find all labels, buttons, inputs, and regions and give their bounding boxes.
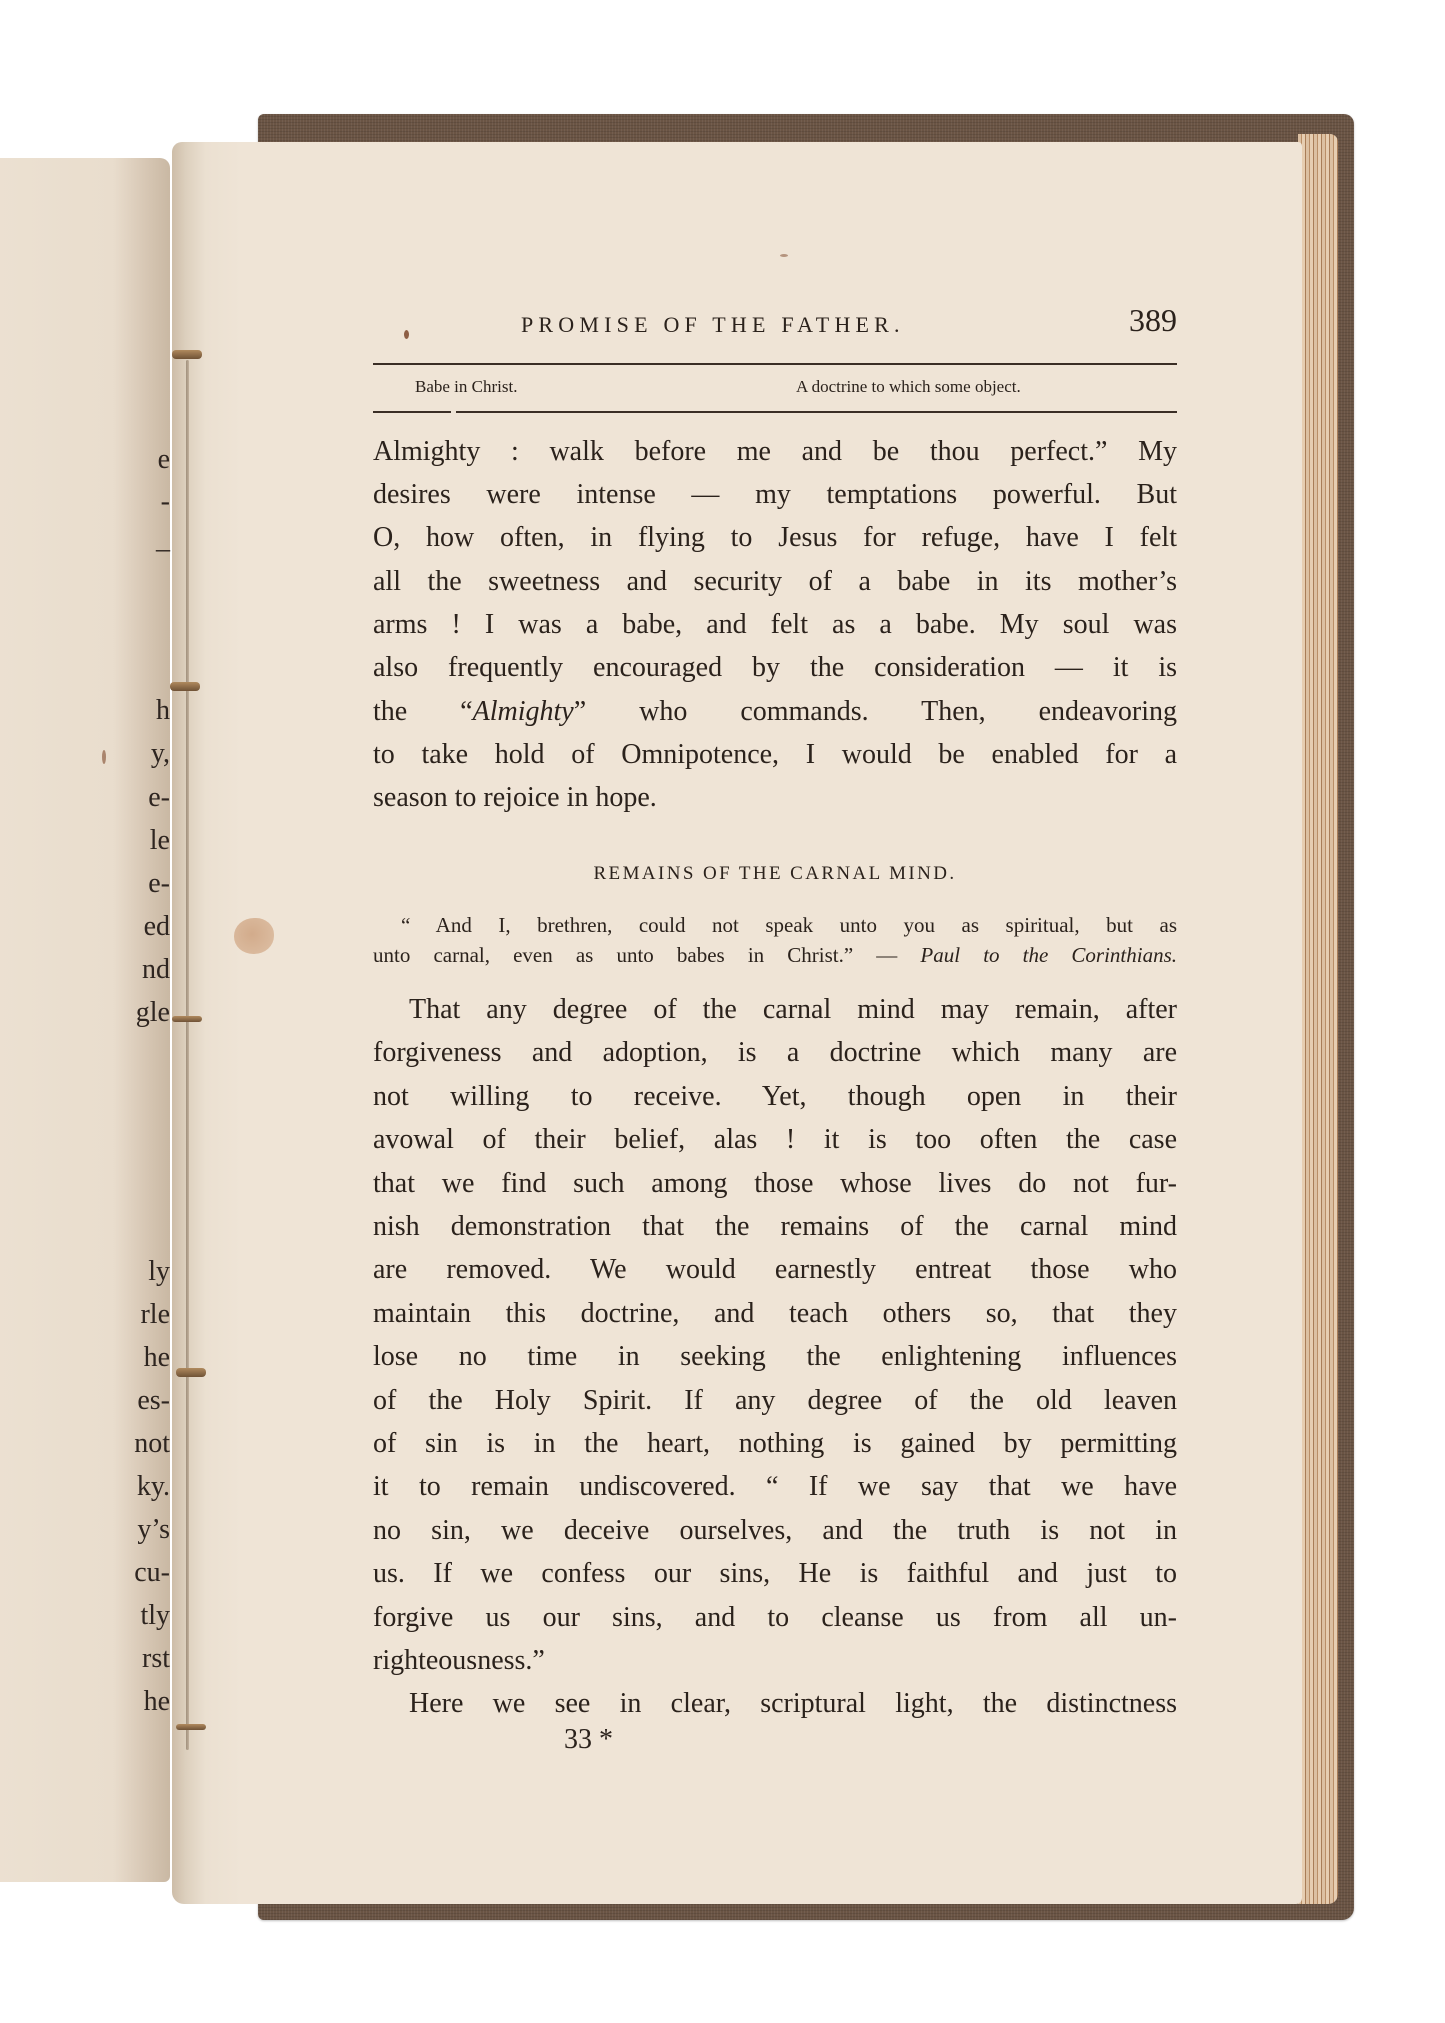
header-rule-top — [373, 363, 1177, 365]
fragment: ky. — [137, 1473, 170, 1501]
ink-speck — [102, 750, 106, 764]
fragment: rle — [140, 1301, 170, 1329]
text-line: it to remain undiscovered. “ If we say t… — [373, 1471, 1177, 1503]
foxing-stain — [234, 918, 274, 954]
fragment: _ — [156, 526, 170, 554]
text-line: arms ! I was a babe, and felt as a babe.… — [373, 609, 1177, 641]
epigraph-line: unto carnal, even as unto babes in Chris… — [373, 943, 1177, 967]
page-edges — [1298, 134, 1338, 1904]
section-heading: REMAINS OF THE CARNAL MIND. — [373, 863, 1177, 885]
text-line: That any degree of the carnal mind may r… — [409, 994, 1177, 1026]
binding-stitch — [172, 1016, 202, 1022]
epigraph-line: “ And I, brethren, could not speak unto … — [401, 913, 1177, 937]
text-line: of the Holy Spirit. If any degree of the… — [373, 1385, 1177, 1417]
text-line: Almighty : walk before me and be thou pe… — [373, 436, 1177, 468]
text-line: are removed. We would earnestly entreat … — [373, 1254, 1177, 1286]
text-line: no sin, we deceive ourselves, and the tr… — [373, 1515, 1177, 1547]
fragment: ly — [148, 1258, 170, 1286]
text-line: forgive us our sins, and to cleanse us f… — [373, 1602, 1177, 1634]
fragment: ed — [144, 913, 170, 941]
fragment: le — [150, 827, 170, 855]
text-line: Here we see in clear, scriptural light, … — [409, 1688, 1177, 1720]
text-line: the “Almighty” who commands. Then, endea… — [373, 696, 1177, 728]
text-line: nish demonstration that the remains of t… — [373, 1211, 1177, 1243]
fragment: nd — [142, 956, 170, 984]
text-line: forgiveness and adoption, is a doctrine … — [373, 1037, 1177, 1069]
page-number: 389 — [1129, 304, 1177, 336]
header-rule-bottom-left — [373, 411, 451, 413]
running-head-right: A doctrine to which some object. — [796, 377, 1021, 397]
fragment: e- — [148, 784, 170, 812]
binding-stitch — [176, 1724, 206, 1730]
ink-speck — [780, 254, 788, 257]
binding-stitch — [172, 350, 202, 359]
fragment: h — [156, 697, 170, 725]
fragment: e- — [148, 870, 170, 898]
running-title: PROMISE OF THE FATHER. — [521, 312, 905, 338]
binding-gutter — [186, 360, 189, 1750]
fragment: e — [158, 446, 170, 474]
text-line: of sin is in the heart, nothing is gaine… — [373, 1428, 1177, 1460]
signature-mark: 33 * — [564, 1724, 613, 1756]
page-header: PROMISE OF THE FATHER. 389 — [373, 304, 1177, 338]
text-line: desires were intense — my temptations po… — [373, 479, 1177, 511]
epigraph-attribution: Paul to the Corinthians. — [920, 943, 1177, 967]
text-line: not willing to receive. Yet, though open… — [373, 1081, 1177, 1113]
fragment: gle — [136, 999, 170, 1027]
fragment: es- — [137, 1387, 170, 1415]
text-line: that we find such among those whose live… — [373, 1168, 1177, 1200]
fragment: cu- — [134, 1559, 170, 1587]
fragment: y, — [151, 740, 170, 768]
text-line: season to rejoice in hope. — [373, 782, 1177, 814]
fragment: y’s — [137, 1516, 170, 1544]
fragment: not — [134, 1430, 170, 1458]
text-line: to take hold of Omnipotence, I would be … — [373, 739, 1177, 771]
binding-stitch — [170, 682, 200, 691]
fragment: rst — [142, 1645, 170, 1673]
text-line: O, how often, in flying to Jesus for ref… — [373, 522, 1177, 554]
text-line: lose no time in seeking the enlightening… — [373, 1341, 1177, 1373]
text-line: maintain this doctrine, and teach others… — [373, 1298, 1177, 1330]
text-line: righteousness.” — [373, 1645, 1177, 1677]
text-line: also frequently encouraged by the consid… — [373, 652, 1177, 684]
text-line: us. If we confess our sins, He is faithf… — [373, 1558, 1177, 1590]
fragment: he — [144, 1344, 170, 1372]
binding-stitch — [176, 1368, 206, 1377]
fragment: he — [144, 1688, 170, 1716]
header-rule-bottom — [456, 411, 1177, 413]
text-line: all the sweetness and security of a babe… — [373, 566, 1177, 598]
fragment: - — [161, 488, 170, 516]
text-line: avowal of their belief, alas ! it is too… — [373, 1124, 1177, 1156]
fragment: tly — [140, 1602, 170, 1630]
running-head-left: Babe in Christ. — [415, 377, 517, 397]
